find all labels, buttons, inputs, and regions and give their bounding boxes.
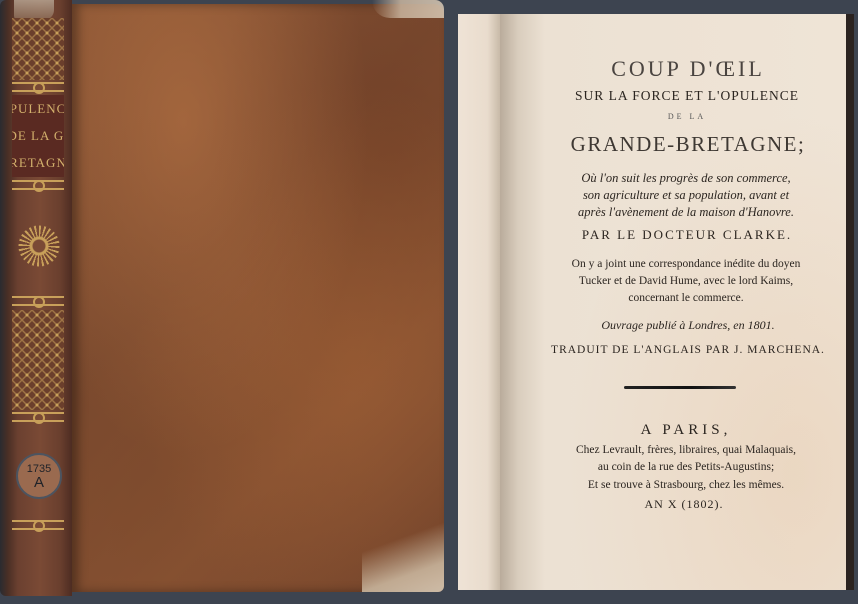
spine-gilt-panel: [12, 18, 64, 80]
description-line: son agriculture et sa population, avant …: [500, 188, 846, 203]
cover-corner-wear: [372, 0, 444, 18]
author-line: PAR LE DOCTEUR CLARKE.: [500, 227, 846, 243]
imprint-date: AN X (1802).: [500, 497, 846, 512]
page-main-title: GRANDE-BRETAGNE;: [500, 132, 846, 157]
translator-line: TRADUIT DE L'ANGLAIS PAR J. MARCHENA.: [500, 344, 846, 356]
ornamental-rule: [624, 386, 736, 389]
imprint-line: au coin de la rue des Petits-Augustins;: [500, 461, 846, 473]
correspondence-line: On y a joint une correspondance inédite …: [500, 258, 846, 270]
page-subtitle: SUR LA FORCE ET L'OPULENCE: [500, 88, 846, 104]
spine-gilt-rule: [12, 82, 64, 92]
imprint-line: Et se trouve à Strasbourg, chez les même…: [500, 479, 846, 491]
page-fore-edge: [458, 14, 500, 590]
title-page: COUP D'ŒIL SUR LA FORCE ET L'OPULENCE DE…: [500, 14, 846, 590]
gilt-sunburst-icon: [18, 225, 60, 267]
cover-corner-wear: [362, 522, 444, 592]
shelf-mark-sticker: 1735 A: [16, 453, 62, 499]
correspondence-line: Tucker et de David Hume, avec le lord Ka…: [500, 275, 846, 287]
book-binding: PULENC DE LA G. RETAGN 1735 A: [0, 0, 445, 596]
page-title: COUP D'ŒIL: [500, 56, 846, 82]
spine-gilt-rule: [12, 412, 64, 422]
shelf-mark-letter: A: [18, 476, 60, 489]
page-subtitle-connector: DE LA: [500, 112, 846, 121]
spine-title-label: PULENC DE LA G. RETAGN: [12, 95, 64, 177]
book-front-cover: [72, 4, 444, 592]
description-line: après l'avènement de la maison d'Hanovre…: [500, 205, 846, 220]
spine-gilt-rule: [12, 180, 64, 190]
spine-gilt-panel: [12, 310, 64, 410]
imprint-city: A PARIS,: [500, 422, 846, 439]
spine-gilt-rule: [12, 520, 64, 530]
spine-gilt-rule: [12, 296, 64, 306]
spine-title-line: RETAGN: [12, 155, 64, 171]
imprint-line: Chez Levrault, frères, libraires, quai M…: [500, 444, 846, 456]
spine-wear: [14, 0, 54, 20]
spine-title-line: DE LA G.: [12, 128, 64, 144]
publication-note: Ouvrage publié à Londres, en 1801.: [500, 318, 846, 333]
spine-title-line: PULENC: [12, 101, 64, 117]
correspondence-line: concernant le commerce.: [500, 292, 846, 304]
description-line: Où l'on suit les progrès de son commerce…: [500, 171, 846, 186]
book-spine: PULENC DE LA G. RETAGN 1735 A: [0, 0, 72, 596]
title-page-spread: COUP D'ŒIL SUR LA FORCE ET L'OPULENCE DE…: [458, 14, 846, 590]
